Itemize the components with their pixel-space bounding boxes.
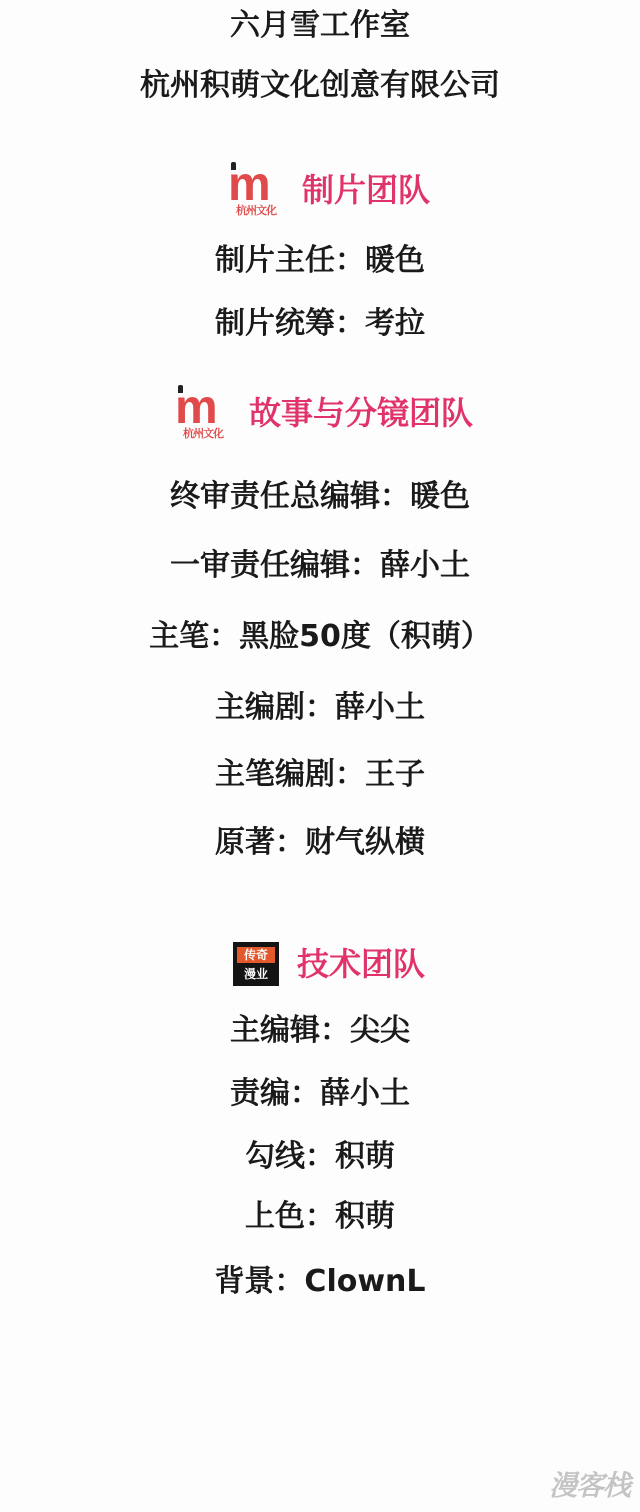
credit-line: 责编：薛小土 xyxy=(0,1074,640,1114)
credit-line: 背景：ClownL xyxy=(0,1262,640,1302)
credit-line: 主编辑：尖尖 xyxy=(0,1011,640,1051)
company-name: 杭州积萌文化创意有限公司 xyxy=(0,66,640,106)
section-header-story: m 杭州文化 故事与分镜团队 xyxy=(175,385,473,441)
credit-line: 勾线：积萌 xyxy=(0,1137,640,1177)
credit-line: 上色：积萌 xyxy=(0,1197,640,1237)
section-header-production: m 杭州文化 制片团队 xyxy=(228,162,430,218)
section-title: 制片团队 xyxy=(302,170,430,210)
credit-line: 制片主任：暖色 xyxy=(0,241,640,281)
section-header-tech: 传奇 漫业 技术团队 xyxy=(233,942,425,986)
credit-line: 一审责任编辑：薛小土 xyxy=(0,546,640,586)
studio-name: 六月雪工作室 xyxy=(0,6,640,46)
credit-line: 主笔编剧：王子 xyxy=(0,755,640,795)
credit-line: 主编剧：薛小土 xyxy=(0,688,640,728)
credit-line: 原著：财气纵横 xyxy=(0,823,640,863)
section-title: 技术团队 xyxy=(297,944,425,984)
credit-line: 终审责任总编辑：暖色 xyxy=(0,477,640,517)
section-title: 故事与分镜团队 xyxy=(249,393,473,433)
jimeng-logo-icon: m 杭州文化 xyxy=(175,385,231,441)
jimeng-logo-icon: m 杭州文化 xyxy=(228,162,284,218)
chuanqi-badge-icon: 传奇 漫业 xyxy=(233,942,279,986)
credit-line: 制片统筹：考拉 xyxy=(0,304,640,344)
watermark-logo: 漫客栈 xyxy=(549,1464,630,1504)
credit-line: 主笔：黑脸50度（积萌） xyxy=(0,617,640,657)
